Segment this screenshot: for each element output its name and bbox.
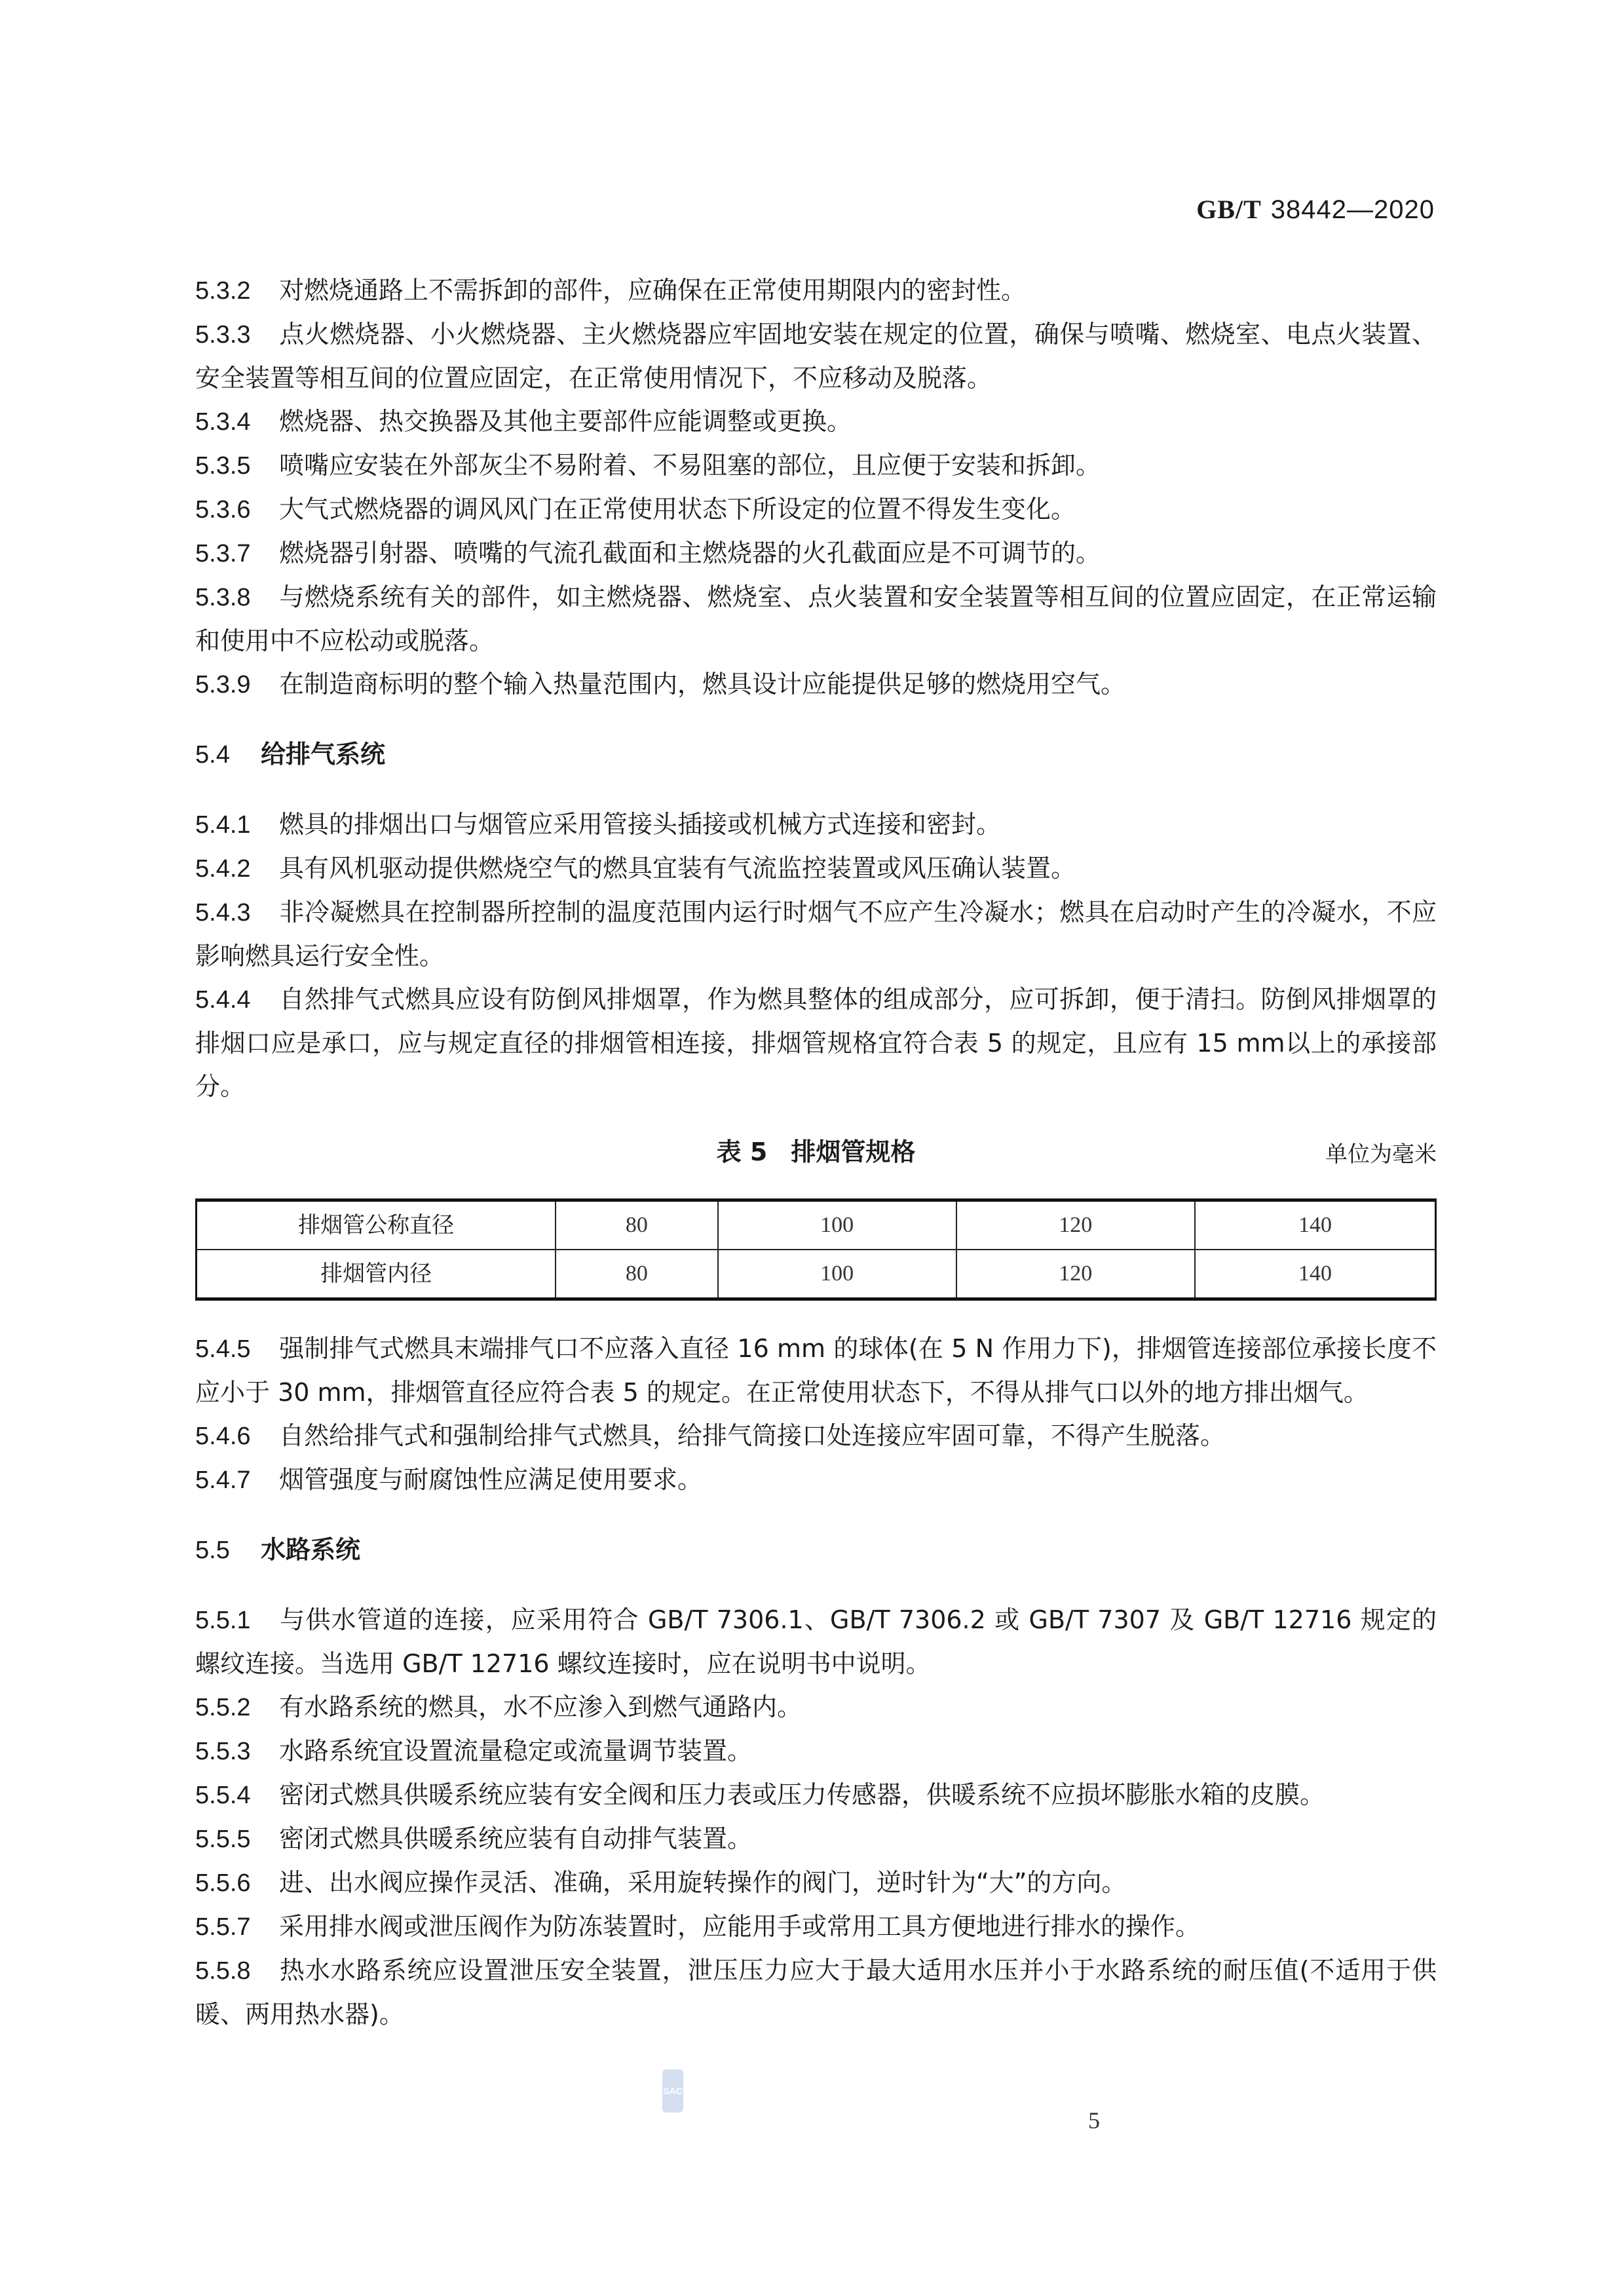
table-row: 排烟管内径 80 100 120 140	[197, 1250, 1436, 1299]
clause-5-5-8: 5.5.8热水水路系统应设置泄压安全装置，泄压压力应大于最大适用水压并小于水路系…	[195, 1949, 1437, 2036]
table-row: 排烟管公称直径 80 100 120 140	[197, 1200, 1436, 1250]
page-body: 5.3.2对燃烧通路上不需拆卸的部件，应确保在正常使用期限内的密封性。 5.3.…	[195, 269, 1437, 2036]
clause-5-5-5: 5.5.5密闭式燃具供暖系统应装有自动排气装置。	[195, 1817, 1437, 1861]
flue-pipe-spec-table: 排烟管公称直径 80 100 120 140 排烟管内径 80 100 120 …	[195, 1198, 1437, 1301]
section-heading-5-5: 5.5水路系统	[195, 1528, 1437, 1572]
clause-5-3-7: 5.3.7燃烧器引射器、喷嘴的气流孔截面和主燃烧器的火孔截面应是不可调节的。	[195, 531, 1437, 575]
clause-5-3-2: 5.3.2对燃烧通路上不需拆卸的部件，应确保在正常使用期限内的密封性。	[195, 269, 1437, 313]
clause-5-3-3: 5.3.3点火燃烧器、小火燃烧器、主火燃烧器应牢固地安装在规定的位置，确保与喷嘴…	[195, 313, 1437, 400]
standard-number: 38442—2020	[1271, 195, 1435, 224]
section-heading-5-4: 5.4给排气系统	[195, 733, 1437, 776]
table-cell: 80	[556, 1250, 717, 1299]
clause-5-3-8: 5.3.8与燃烧系统有关的部件，如主燃烧器、燃烧室、点火装置和安全装置等相互间的…	[195, 575, 1437, 662]
clause-5-4-3: 5.4.3非冷凝燃具在控制器所控制的温度范围内运行时烟气不应产生冷凝水；燃具在启…	[195, 890, 1437, 978]
table-title: 表 5排烟管规格	[195, 1130, 1437, 1174]
clause-5-3-6: 5.3.6大气式燃烧器的调风风门在正常使用状态下所设定的位置不得发生变化。	[195, 488, 1437, 531]
page-number: 5	[1088, 2107, 1100, 2134]
table-cell: 100	[718, 1200, 956, 1250]
clause-5-3-5: 5.3.5喷嘴应安装在外部灰尘不易附着、不易阻塞的部位，且应便于安装和拆卸。	[195, 444, 1437, 488]
clause-5-5-6: 5.5.6进、出水阀应操作灵活、准确，采用旋转操作的阀门，逆时针为“大”的方向。	[195, 1861, 1437, 1905]
row-label-nominal-diameter: 排烟管公称直径	[197, 1200, 556, 1250]
clause-5-5-1: 5.5.1与供水管道的连接，应采用符合 GB/T 7306.1、GB/T 730…	[195, 1598, 1437, 1685]
clause-5-4-4: 5.4.4自然排气式燃具应设有防倒风排烟罩，作为燃具整体的组成部分，应可拆卸，便…	[195, 978, 1437, 1108]
table-cell: 140	[1195, 1250, 1436, 1299]
clause-5-4-7: 5.4.7烟管强度与耐腐蚀性应满足使用要求。	[195, 1458, 1437, 1502]
clause-5-5-7: 5.5.7采用排水阀或泄压阀作为防冻装置时，应能用手或常用工具方便地进行排水的操…	[195, 1905, 1437, 1949]
running-header: GB/T38442—2020	[1196, 194, 1435, 225]
table-unit-note: 单位为毫米	[1325, 1133, 1437, 1176]
table-caption: 表 5排烟管规格 单位为毫米	[195, 1130, 1437, 1174]
clause-5-3-9: 5.3.9在制造商标明的整个输入热量范围内，燃具设计应能提供足够的燃烧用空气。	[195, 662, 1437, 706]
clause-5-4-6: 5.4.6自然给排气式和强制给排气式燃具，给排气筒接口处连接应牢固可靠，不得产生…	[195, 1414, 1437, 1458]
sac-watermark-icon: SAC	[662, 2069, 683, 2113]
table-cell: 140	[1195, 1200, 1436, 1250]
clause-5-5-2: 5.5.2有水路系统的燃具，水不应渗入到燃气通路内。	[195, 1685, 1437, 1729]
standard-prefix: GB/T	[1196, 195, 1262, 224]
table-cell: 120	[956, 1250, 1195, 1299]
table-cell: 80	[556, 1200, 717, 1250]
clause-5-5-3: 5.5.3水路系统宜设置流量稳定或流量调节装置。	[195, 1729, 1437, 1773]
row-label-inner-diameter: 排烟管内径	[197, 1250, 556, 1299]
table-cell: 100	[718, 1250, 956, 1299]
clause-5-4-5: 5.4.5强制排气式燃具末端排气口不应落入直径 16 mm 的球体(在 5 N …	[195, 1327, 1437, 1414]
clause-5-5-4: 5.5.4密闭式燃具供暖系统应装有安全阀和压力表或压力传感器，供暖系统不应损坏膨…	[195, 1773, 1437, 1817]
clause-5-4-2: 5.4.2具有风机驱动提供燃烧空气的燃具宜装有气流监控装置或风压确认装置。	[195, 847, 1437, 890]
clause-5-4-1: 5.4.1燃具的排烟出口与烟管应采用管接头插接或机械方式连接和密封。	[195, 803, 1437, 847]
table-cell: 120	[956, 1200, 1195, 1250]
clause-5-3-4: 5.3.4燃烧器、热交换器及其他主要部件应能调整或更换。	[195, 400, 1437, 444]
